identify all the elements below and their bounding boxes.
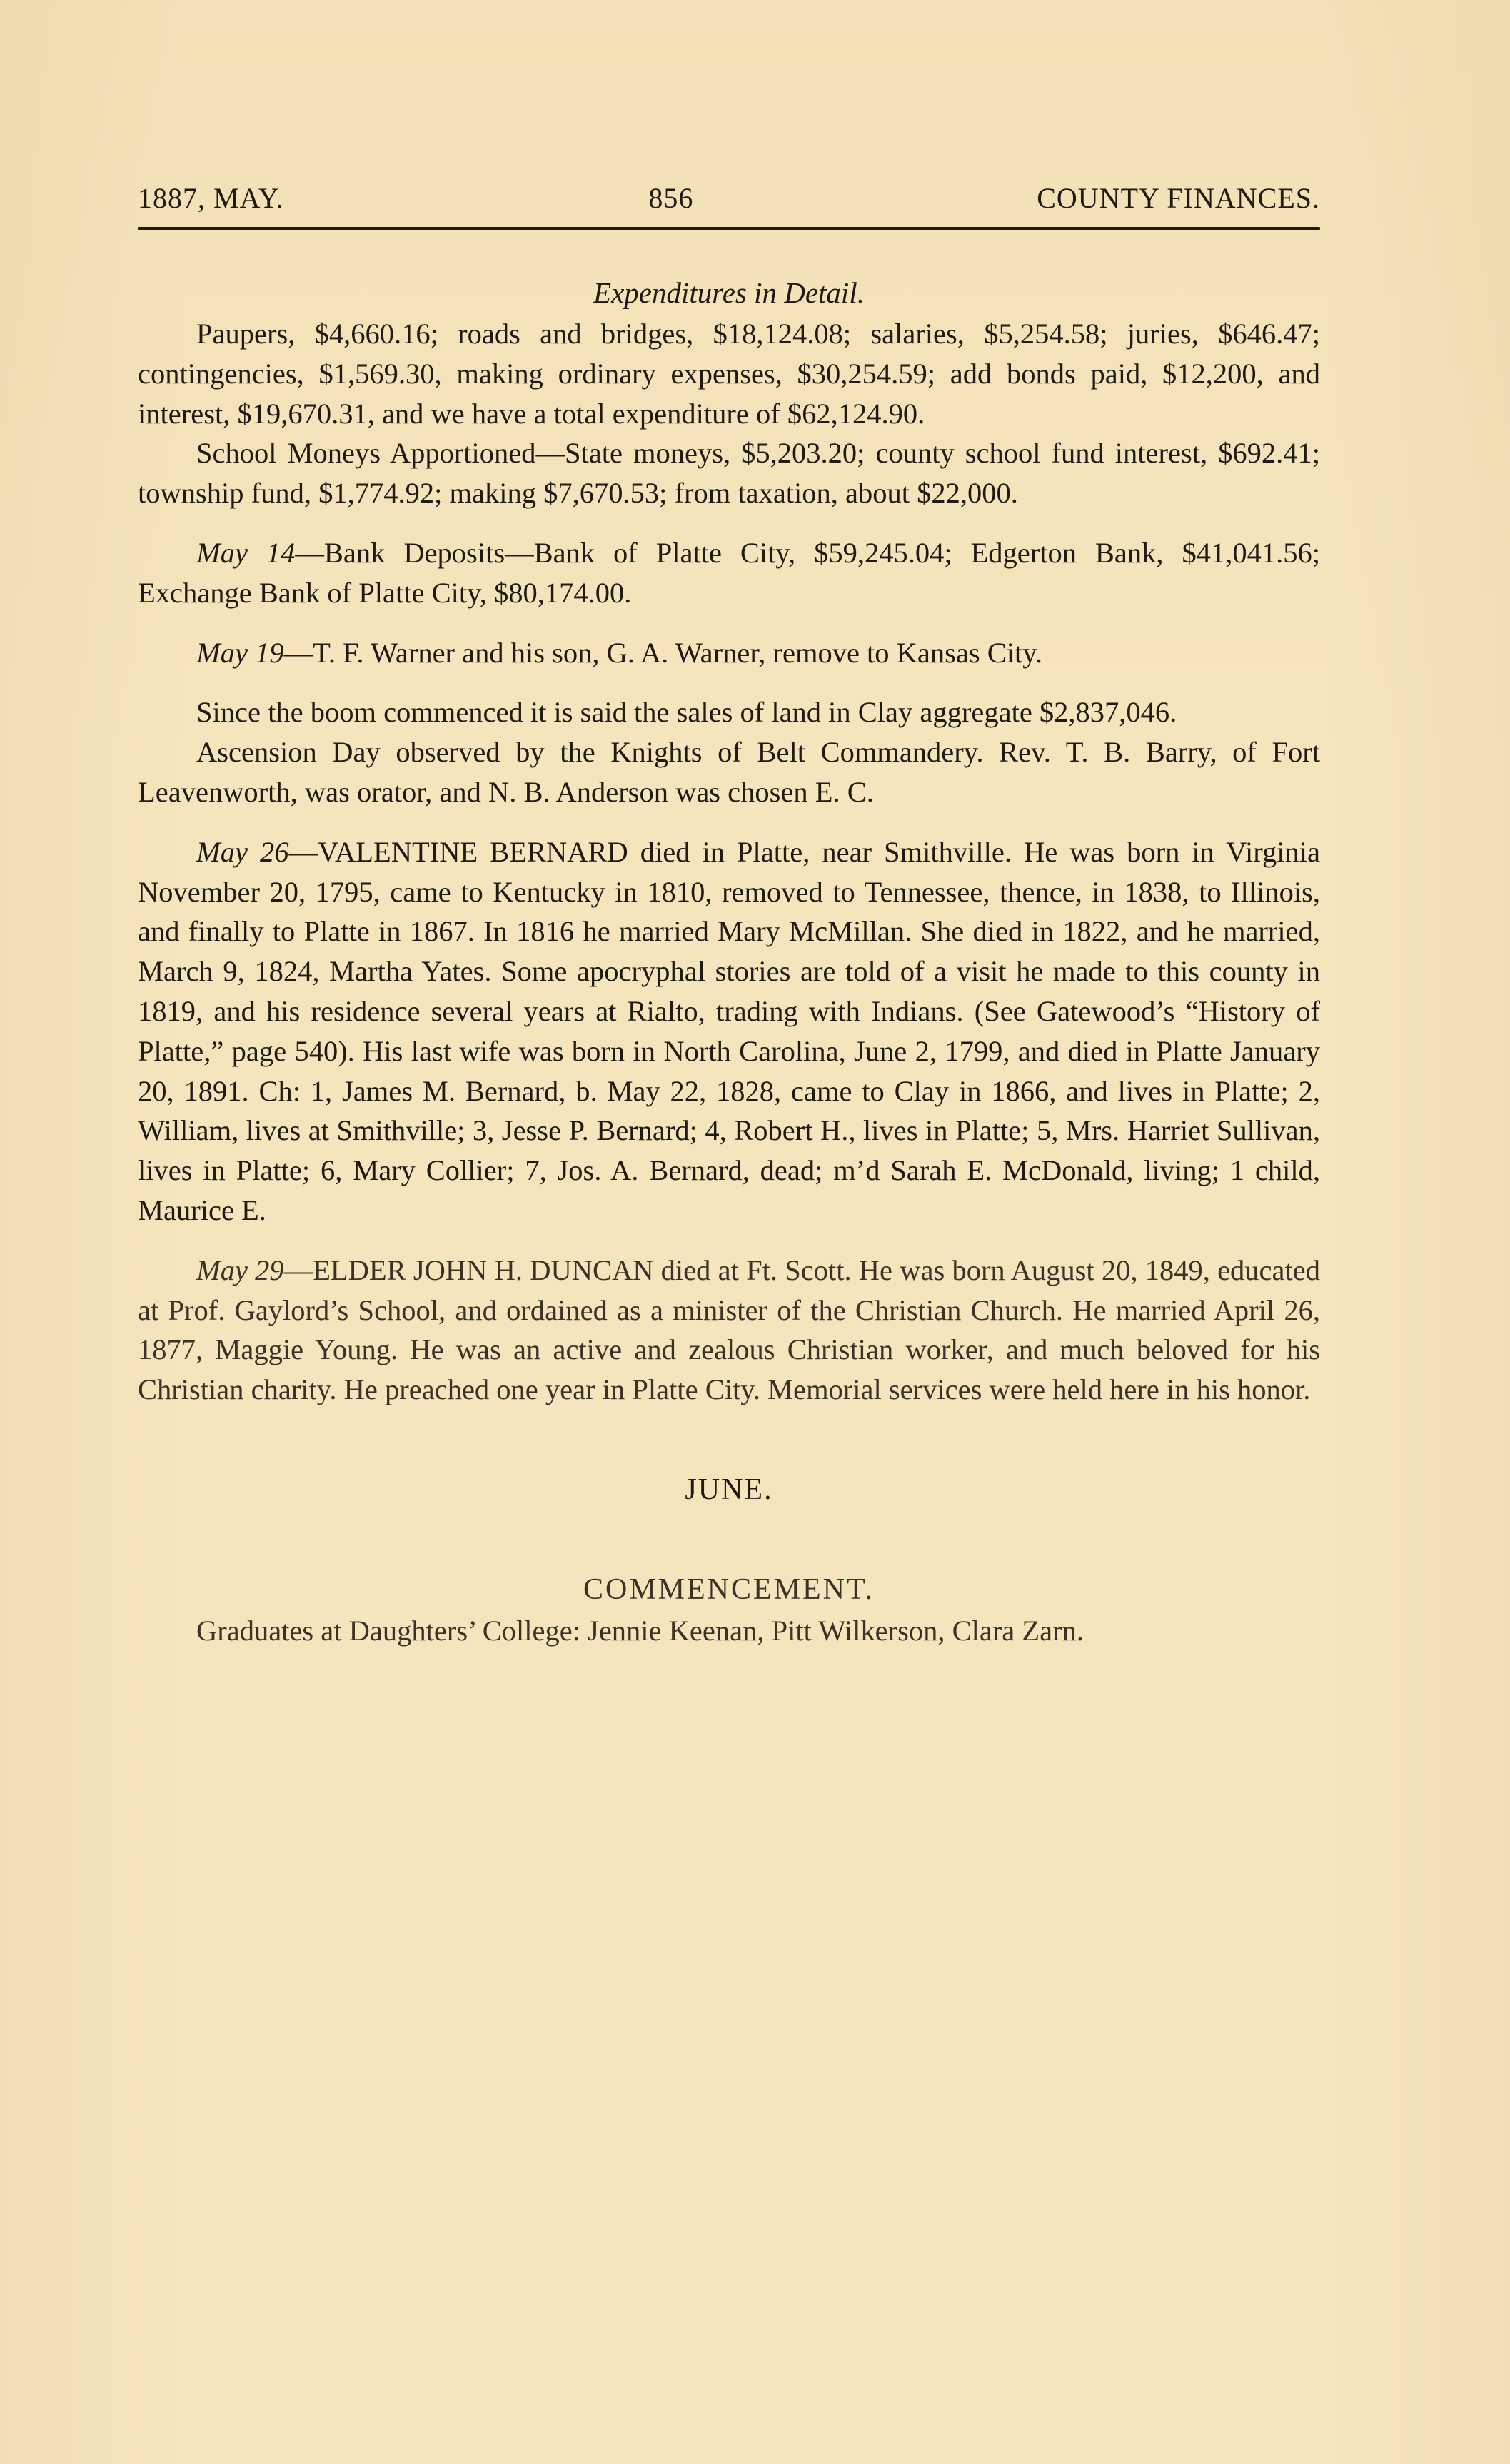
entry-date: May 29	[196, 1254, 284, 1286]
paragraph-may-29: May 29—ELDER JOHN H. DUNCAN died at Ft. …	[138, 1251, 1320, 1410]
month-heading-june: JUNE.	[138, 1470, 1320, 1510]
section-title: Expenditures in Detail.	[138, 273, 1320, 313]
paragraph-school-moneys: School Moneys Apportioned—State moneys, …	[138, 433, 1320, 513]
entry-text: —ELDER JOHN H. DUNCAN died at Ft. Scott.…	[138, 1254, 1320, 1405]
paragraph-may-19: May 19—T. F. Warner and his son, G. A. W…	[138, 633, 1320, 673]
paragraph-graduates: Graduates at Daughters’ College: Jennie …	[138, 1611, 1320, 1651]
entry-text: —T. F. Warner and his son, G. A. Warner,…	[284, 637, 1042, 669]
book-page: 1887, MAY. 856 COUNTY FINANCES. Expendit…	[138, 178, 1320, 1651]
paragraph-ascension-day: Ascension Day observed by the Knights of…	[138, 732, 1320, 812]
running-header: 1887, MAY. 856 COUNTY FINANCES.	[138, 178, 1320, 218]
header-rule	[138, 227, 1320, 230]
paragraph-expenditures: Paupers, $4,660.16; roads and bridges, $…	[138, 314, 1320, 433]
entry-text: —VALENTINE BERNARD died in Platte, near …	[138, 836, 1320, 1226]
paragraph-land-sales: Since the boom commenced it is said the …	[138, 692, 1320, 732]
entry-date: May 14	[196, 537, 295, 569]
page-number: 856	[627, 178, 693, 218]
header-date: 1887, MAY.	[138, 178, 284, 218]
paragraph-may-14: May 14—Bank Deposits—Bank of Platte City…	[138, 533, 1320, 613]
entry-text: —Bank Deposits—Bank of Platte City, $59,…	[138, 537, 1320, 609]
entry-date: May 19	[196, 637, 284, 669]
subheading-commencement: COMMENCEMENT.	[138, 1570, 1320, 1610]
header-section-title: COUNTY FINANCES.	[1037, 178, 1320, 218]
entry-date: May 26	[196, 836, 288, 868]
paragraph-may-26: May 26—VALENTINE BERNARD died in Platte,…	[138, 832, 1320, 1231]
